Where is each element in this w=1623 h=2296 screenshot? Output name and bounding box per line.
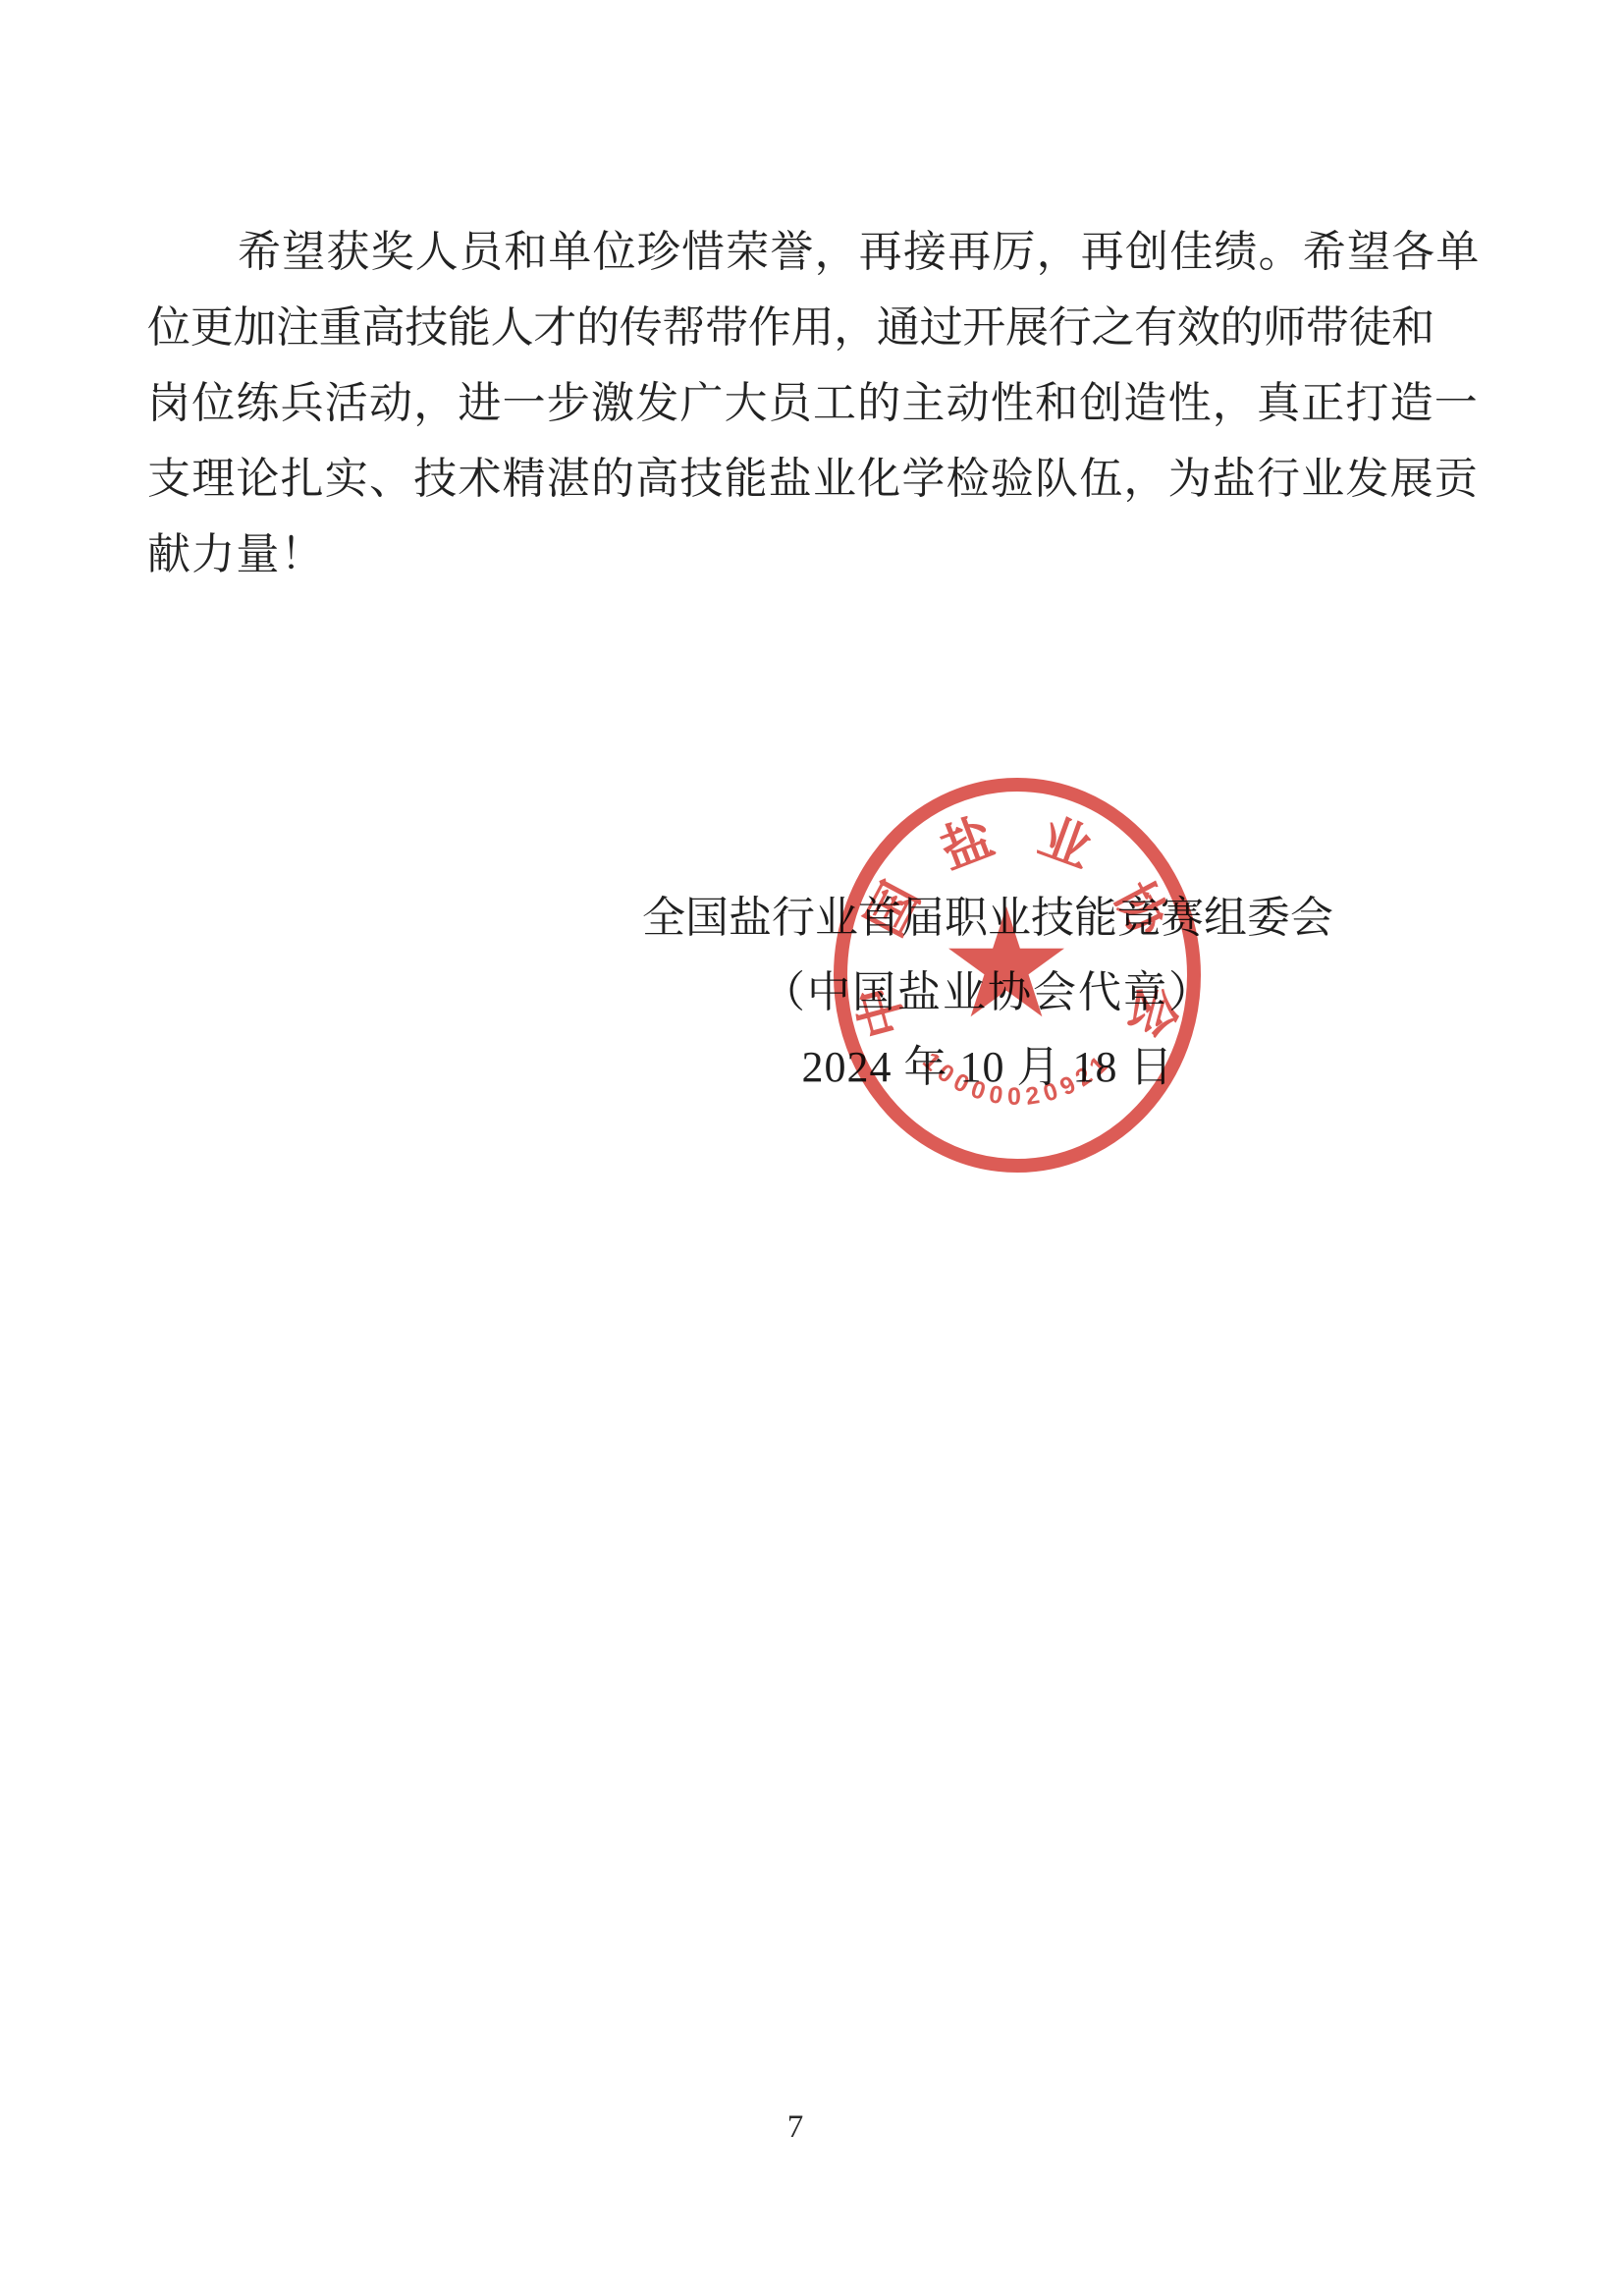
signature-block: 全国盐行业首届职业技能竞赛组委会 （中国盐业协会代章） 2024 年 10 月 … — [546, 881, 1430, 1105]
signature-on-behalf-note: （中国盐业协会代章） — [546, 956, 1430, 1030]
seal-rim-char: 盐 — [933, 809, 1001, 881]
paragraph-line: 支理论扎实、技术精湛的高技能盐业化学检验队伍，为盐行业发展贡 — [147, 441, 1483, 517]
paragraph-line: 岗位练兵活动，进一步激发广大员工的主动性和创造性，真正打造一 — [147, 365, 1483, 441]
paragraph-line: 希望获奖人员和单位珍惜荣誉，再接再厉，再创佳绩。希望各单 — [147, 214, 1483, 290]
page-number: 7 — [776, 2109, 815, 2146]
signature-date: 2024 年 10 月 18 日 — [546, 1030, 1430, 1105]
paragraph-line: 献力量！ — [147, 517, 1483, 592]
signature-committee-name: 全国盐行业首届职业技能竞赛组委会 — [546, 881, 1430, 956]
document-page: 希望获奖人员和单位珍惜荣誉，再接再厉，再创佳绩。希望各单 位更加注重高技能人才的… — [0, 0, 1623, 2296]
body-paragraph: 希望获奖人员和单位珍惜荣誉，再接再厉，再创佳绩。希望各单 位更加注重高技能人才的… — [147, 214, 1483, 592]
paragraph-line: 位更加注重高技能人才的传帮带作用，通过开展行之有效的师带徒和 — [147, 290, 1483, 365]
seal-rim-char: 业 — [1031, 809, 1098, 879]
